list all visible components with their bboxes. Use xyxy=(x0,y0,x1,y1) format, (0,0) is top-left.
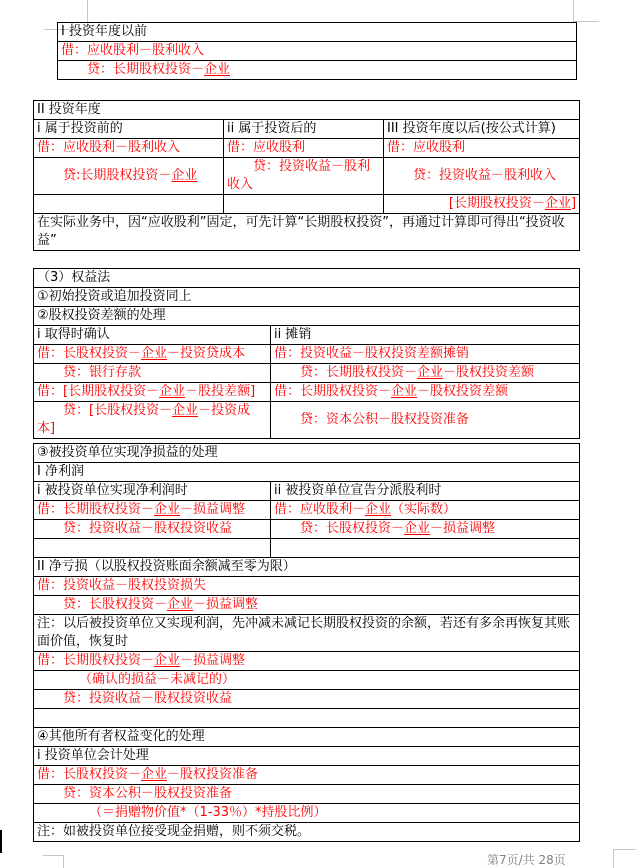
crop-mark-bottom-right-v xyxy=(613,849,614,868)
section-title: II 投资年度 xyxy=(34,101,580,120)
pre-investment-year-table: I 投资年度以前 借：应收股利－股利收入 贷：长期股权投资－企业 xyxy=(57,22,577,80)
subsection-title: ①初始投资或追加投资同上 xyxy=(34,288,580,307)
credit-entry: 贷：投资收益－股利收入 xyxy=(384,158,580,195)
credit-entry: 贷：长股权投资－企业－损益调整 xyxy=(271,520,580,539)
practice-note: 在实际业务中，因“应收股利”固定，可先计算“长期股权投资”，再通过计算即可得出“… xyxy=(34,214,580,251)
recovery-note: 注：以后被投资单位又实现利润，先冲减未减记长期股权投资的余额，若还有多余再恢复其… xyxy=(34,615,580,652)
entry-detail: [长期股权投资－企业] xyxy=(384,195,580,214)
col-header: ii 被投资单位宣告分派股利时 xyxy=(271,482,580,501)
section-title: ③被投资单位实现净损益的处理 xyxy=(34,444,580,463)
col-header: ii 属于投资后的 xyxy=(224,120,384,139)
empty-cell xyxy=(224,195,384,214)
col-header: i 属于投资前的 xyxy=(34,120,224,139)
debit-entry: 借：[长期股权投资－企业－股投差额] xyxy=(34,383,271,402)
equity-method-table: （3）权益法 ①初始投资或追加投资同上 ②股权投资差额的处理 i 取得时确认 i… xyxy=(33,268,580,439)
credit-entry: 贷：银行存款 xyxy=(34,364,271,383)
debit-entry: 借：投资收益－股权投资差额摊销 xyxy=(271,345,580,364)
net-profit-loss-table: ③被投资单位实现净损益的处理 I 净利润 i 被投资单位实现净利润时 ii 被投… xyxy=(33,443,580,842)
debit-entry: 借：长期股权投资－企业－损益调整 xyxy=(34,652,580,671)
credit-entry: 贷：投资收益－股权投资收益 xyxy=(34,690,580,709)
credit-entry: 贷：资本公积－股权投资准备 xyxy=(271,402,580,439)
subsection-title: I 净利润 xyxy=(34,463,580,482)
page-edge-artifact xyxy=(0,830,2,853)
section-title: I 投资年度以前 xyxy=(58,23,577,42)
subsection-title: i 投资单位会计处理 xyxy=(34,747,580,766)
credit-entry: 贷：投资收益－股权投资收益 xyxy=(34,520,271,539)
col-header: i 被投资单位实现净利润时 xyxy=(34,482,271,501)
credit-entry: 贷：长期股权投资－企业 xyxy=(58,61,577,80)
col-header: III 投资年度以后(按公式计算) xyxy=(384,120,580,139)
section-title: ④其他所有者权益变化的处理 xyxy=(34,728,580,747)
credit-entry: 贷：长期股权投资－企业－股权投资差额 xyxy=(271,364,580,383)
investment-year-table: II 投资年度 i 属于投资前的 ii 属于投资后的 III 投资年度以后(按公… xyxy=(33,100,580,251)
debit-entry: 借：应收股利－企业（实际数） xyxy=(271,501,580,520)
credit-entry: 贷:长期股权投资－企业 xyxy=(34,158,224,195)
debit-entry: 借：投资收益－股权投资损失 xyxy=(34,577,580,596)
section-title: （3）权益法 xyxy=(34,269,580,288)
empty-cell xyxy=(271,539,580,558)
col-header: i 取得时确认 xyxy=(34,326,271,345)
document-page: I 投资年度以前 借：应收股利－股利收入 贷：长期股权投资－企业 II 投资年度… xyxy=(0,0,636,868)
entry-formula: （＝捐赠物价值*（1-33％）*持股比例） xyxy=(34,804,580,823)
page-number-indicator: 第7页/共 28页 xyxy=(487,852,566,868)
credit-entry: 贷：投资收益－股利收入 xyxy=(224,158,384,195)
empty-cell xyxy=(34,195,224,214)
subsection-title: ②股权投资差额的处理 xyxy=(34,307,580,326)
debit-entry: 借：应收股利－股利收入 xyxy=(34,139,224,158)
credit-entry: 贷：长股权投资－企业－损益调整 xyxy=(34,596,580,615)
crop-mark-bottom-left-v xyxy=(63,855,64,868)
empty-cell xyxy=(34,709,580,728)
crop-mark-bottom-left-h xyxy=(43,855,64,856)
crop-mark-top-right-v xyxy=(573,0,574,21)
credit-entry: 贷：[长股权投资－企业－投资成本] xyxy=(34,402,271,439)
debit-entry: 借：应收股利 xyxy=(384,139,580,158)
debit-entry: 借：长期股权投资－企业－股权投资差额 xyxy=(271,383,580,402)
crop-mark-bottom-right-h xyxy=(613,849,636,850)
debit-entry: 借：长股权投资－企业－投资贷成本 xyxy=(34,345,271,364)
tax-note: 注：如被投资单位接受现金捐赠，则不须交税。 xyxy=(34,823,580,842)
debit-entry: 借：长股权投资－企业－股权投资准备 xyxy=(34,766,580,785)
empty-cell xyxy=(34,539,271,558)
col-header: ii 摊销 xyxy=(271,326,580,345)
credit-entry: 贷：资本公积－股权投资准备 xyxy=(34,785,580,804)
debit-entry: 借：应收股利 xyxy=(224,139,384,158)
debit-entry: 借：应收股利－股利收入 xyxy=(58,42,577,61)
entry-detail: （确认的损益－未减记的） xyxy=(34,671,580,690)
subsection-title: II 净亏损（以股权投资账面余额减至零为限） xyxy=(34,558,580,577)
debit-entry: 借：长期股权投资－企业－损益调整 xyxy=(34,501,271,520)
